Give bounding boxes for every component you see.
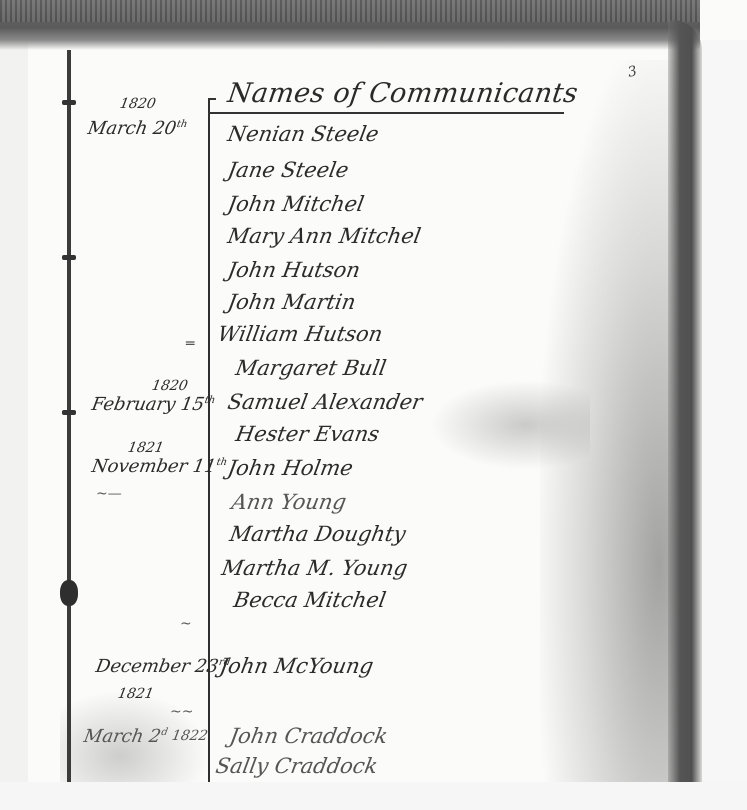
entry-year: 1822 (171, 728, 209, 744)
ruled-mark: ~~ (170, 704, 193, 720)
communicant-name: Martha Doughty (228, 522, 408, 546)
register-page: 3 Names of Communicants 1820 March 20th … (0, 0, 747, 810)
communicant-name: Hester Evans (234, 422, 381, 446)
communicant-name: Nenian Steele (226, 122, 381, 146)
binding-thread (67, 50, 71, 782)
entry-date: February 15th (90, 394, 216, 415)
entry-date: March 2d (82, 726, 169, 747)
communicant-name: Margaret Bull (234, 356, 388, 380)
communicant-name: John Holme (226, 456, 355, 480)
ruled-mark: ═ (186, 336, 194, 352)
photocopy-haze (430, 380, 590, 470)
entry-year: 1821 (117, 686, 155, 702)
binding-knot (60, 580, 78, 606)
communicant-name: John Craddock (228, 724, 390, 748)
communicant-name: Mary Ann Mitchel (226, 224, 423, 248)
communicant-name: Jane Steele (226, 158, 351, 182)
communicant-name: John Hutson (226, 258, 362, 282)
entry-year: 1820 (151, 378, 189, 394)
page-margin-right (702, 40, 747, 810)
page-title: Names of Communicants (226, 78, 580, 109)
title-underline (208, 112, 564, 114)
entry-date: November 11th (90, 456, 228, 477)
communicant-name: William Hutson (216, 322, 385, 346)
binding-stitch (62, 410, 76, 415)
ruled-mark: ~— (96, 486, 122, 502)
entry-year: 1820 (119, 96, 157, 112)
entry-year: 1821 (127, 440, 165, 456)
entry-date: March 20th (86, 118, 188, 139)
page-gutter (0, 40, 28, 810)
binding-stitch (62, 100, 76, 105)
communicant-name: Ann Young (230, 490, 348, 514)
entry-date: December 23rd (94, 656, 231, 677)
communicant-name: Sally Craddock (214, 754, 380, 778)
photocopy-speckle (0, 0, 700, 22)
header-rule (208, 98, 216, 100)
communicant-name: Becca Mitchel (232, 588, 388, 612)
communicant-name: Samuel Alexander (226, 390, 425, 414)
photocopy-shadow-right (668, 20, 702, 782)
communicant-name: John McYoung (218, 654, 375, 678)
communicant-name: John Martin (226, 290, 358, 314)
date-column-divider (208, 98, 210, 782)
page-margin-bottom (0, 782, 747, 810)
ruled-mark: ~ (180, 616, 192, 632)
communicant-name: John Mitchel (226, 192, 366, 216)
communicant-name: Martha M. Young (220, 556, 409, 580)
binding-stitch (62, 255, 76, 260)
